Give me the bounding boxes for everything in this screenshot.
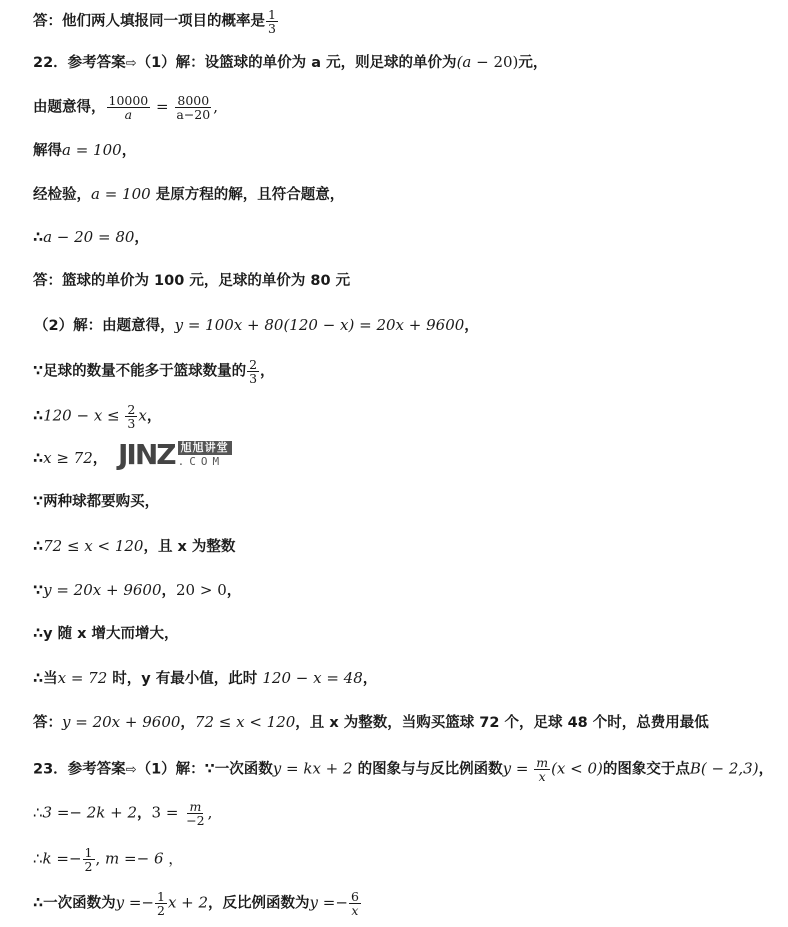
text: ,: [213, 98, 218, 116]
text: 经检验，: [33, 187, 91, 203]
numerator: 10000: [107, 94, 151, 108]
fraction: mx: [534, 756, 550, 783]
q22-heading: 22．参考答案⇨（1）解：设篮球的单价为 a 元，则足球的单价为(a − 20)…: [33, 52, 547, 74]
denominator: x: [349, 904, 360, 917]
therefore-symbol: ∴: [33, 230, 43, 246]
q22-increasing: ∴y 随 x 增大而增大，: [33, 624, 179, 644]
denominator: 3: [266, 22, 278, 35]
watermark-right: 旭旭讲堂 .COM: [178, 441, 232, 469]
text: ，且 x 为整数: [143, 539, 235, 555]
denominator: a−20: [174, 108, 212, 121]
text: 元，: [518, 55, 547, 71]
watermark-domain: .COM: [178, 455, 232, 469]
q22-check: 经检验，a = 100 是原方程的解，且符合题意，: [33, 184, 344, 205]
math: a = 100: [91, 185, 151, 203]
text: ，: [134, 230, 149, 246]
math: m =− 6: [105, 850, 163, 868]
math: y = 20x + 9600: [43, 581, 161, 599]
math: a − 20 = 80: [43, 228, 134, 246]
math: y = 100x + 80(120 − x) = 20x + 9600: [175, 316, 465, 334]
text: ，: [363, 671, 378, 687]
text: 答：: [33, 715, 62, 731]
math: x ≥ 72: [43, 449, 93, 467]
text: ∴一次函数为: [33, 896, 116, 912]
numerator: 1: [83, 846, 95, 860]
math: y = kx + 2: [273, 760, 353, 778]
math: 120 − x = 48: [262, 669, 362, 687]
therefore-symbol: ∴: [33, 804, 43, 822]
text: 时，y 有最小值，此时: [107, 671, 262, 687]
math: =: [151, 98, 173, 116]
text: 的图象与与反比例函数: [353, 762, 503, 778]
numerator: 6: [349, 890, 361, 904]
q22-therefore: ∴a − 20 = 80，: [33, 227, 149, 248]
fraction: 12: [83, 846, 95, 873]
therefore-symbol: ∴: [33, 409, 43, 425]
fraction: 6x: [349, 890, 361, 917]
text: ，: [122, 143, 137, 159]
math: 120 − x ≤: [43, 407, 124, 425]
numerator: 2: [247, 358, 259, 372]
text: ,: [208, 804, 213, 822]
text: ，: [137, 806, 152, 822]
numerator: 2: [125, 403, 137, 417]
watermark-logo-text: JINZ: [118, 440, 175, 470]
denominator: 3: [247, 372, 259, 385]
denominator: a: [123, 108, 134, 121]
text: ，: [227, 583, 242, 599]
text: ∴y 随 x 增大而增大，: [33, 626, 179, 642]
denominator: 2: [83, 860, 95, 873]
text: 解得: [33, 143, 62, 159]
q22-range: ∴72 ≤ x < 120，且 x 为整数: [33, 536, 235, 557]
text: ，: [164, 850, 184, 868]
denominator: 2: [155, 904, 167, 917]
fraction: 8000a−20: [174, 94, 212, 121]
q22-inequality: ∴120 − x ≤ 23x，: [33, 403, 161, 430]
answer-21-conclusion: 答：他们两人填报同一项目的概率是13: [33, 8, 279, 35]
text: （2）解：由题意得，: [34, 318, 175, 334]
text: ∵足球的数量不能多于篮球数量的: [33, 364, 246, 380]
text: ，: [180, 715, 195, 731]
text: 答：他们两人填报同一项目的概率是: [33, 14, 265, 30]
q22-x-bound: ∴x ≥ 72，: [33, 448, 107, 469]
q22-part2: （2）解：由题意得，y = 100x + 80(120 − x) = 20x +…: [34, 315, 479, 336]
q23-substitute: ∴3 =− 2k + 2，3 = m−2,: [33, 800, 212, 827]
because-symbol: ∵: [33, 583, 43, 599]
text: ，且 x 为整数，当购买篮球 72 个，足球 48 个时，总费用最低: [295, 715, 709, 731]
numerator: 8000: [175, 94, 211, 108]
math: x + 2: [168, 894, 208, 912]
text: ，: [162, 583, 177, 599]
fraction: 23: [125, 403, 137, 430]
numerator: 1: [266, 8, 278, 22]
q22-answer-2: 答：y = 20x + 9600，72 ≤ x < 120，且 x 为整数，当购…: [33, 712, 709, 733]
therefore-symbol: ∴: [33, 451, 43, 467]
math: y =−: [116, 894, 154, 912]
numerator: m: [534, 756, 550, 770]
q22-equation: 由题意得，10000a = 8000a−20,: [33, 94, 218, 121]
math: 72 ≤ x < 120: [195, 713, 295, 731]
fraction: m−2: [184, 800, 206, 827]
text: （1）解：设篮球的单价为 a 元，则足球的单价为: [137, 55, 457, 71]
math: x: [138, 407, 146, 425]
denominator: x: [537, 770, 548, 783]
text: ，: [147, 409, 162, 425]
q22-because-slope: ∵y = 20x + 9600，20 > 0，: [33, 580, 241, 601]
q22-answer-1: 答：篮球的单价为 100 元，足球的单价为 80 元: [33, 271, 350, 291]
text: ，: [260, 364, 275, 380]
math: a = 100: [62, 141, 122, 159]
q23-heading: 23．参考答案⇨（1）解：∵一次函数y = kx + 2 的图象与与反比例函数y…: [33, 756, 773, 783]
text: ,: [96, 850, 106, 868]
math: 3 =− 2k + 2: [43, 804, 138, 822]
text: 是原方程的解，且符合题意，: [151, 187, 345, 203]
math: y =: [503, 760, 534, 778]
text: ，反比例函数为: [208, 896, 310, 912]
numerator: 1: [155, 890, 167, 904]
math: B( − 2,3): [690, 760, 759, 778]
question-label: 23．参考答案: [33, 762, 126, 778]
text: 答：篮球的单价为 100 元，足球的单价为 80 元: [33, 273, 350, 289]
text: ，: [759, 762, 774, 778]
math: y = 20x + 9600: [62, 713, 180, 731]
text: 的图象交于点: [603, 762, 690, 778]
math: 72 ≤ x < 120: [43, 537, 143, 555]
therefore-symbol: ∴: [33, 539, 43, 555]
text: ∵两种球都要购买，: [33, 494, 159, 510]
arrow-right-icon: ⇨: [126, 56, 137, 71]
denominator: −2: [184, 814, 206, 827]
watermark-cn: 旭旭讲堂: [178, 441, 232, 455]
math: x = 72: [58, 669, 108, 687]
q22-minimum: ∴当x = 72 时，y 有最小值，此时 120 − x = 48，: [33, 668, 377, 689]
watermark-logo: JINZ 旭旭讲堂 .COM: [118, 440, 232, 470]
q22-solve: 解得a = 100，: [33, 140, 136, 161]
arrow-right-icon: ⇨: [126, 763, 137, 778]
text: ，: [464, 318, 479, 334]
text: ，: [93, 451, 108, 467]
q22-condition: ∵足球的数量不能多于篮球数量的23，: [33, 358, 275, 385]
text: 由题意得，: [33, 100, 106, 116]
fraction: 23: [247, 358, 259, 385]
math: (x < 0): [551, 760, 603, 778]
fraction: 10000a: [107, 94, 151, 121]
math: 20 > 0: [176, 581, 227, 599]
denominator: 3: [125, 417, 137, 430]
text: （1）解：∵一次函数: [137, 762, 273, 778]
question-label: 22．参考答案: [33, 55, 126, 71]
math: y =−: [310, 894, 348, 912]
q23-functions: ∴一次函数为y =−12x + 2，反比例函数为y =−6x: [33, 890, 362, 917]
therefore-symbol: ∴: [33, 850, 43, 868]
q23-values: ∴k =−12, m =− 6 ，: [33, 846, 183, 873]
math: 3 =: [152, 804, 184, 822]
fraction: 12: [155, 890, 167, 917]
q22-both-bought: ∵两种球都要购买，: [33, 492, 159, 512]
fraction: 13: [266, 8, 278, 35]
math: (a − 20): [457, 53, 519, 71]
text: ∴当: [33, 671, 58, 687]
math: k =−: [43, 850, 82, 868]
numerator: m: [187, 800, 203, 814]
